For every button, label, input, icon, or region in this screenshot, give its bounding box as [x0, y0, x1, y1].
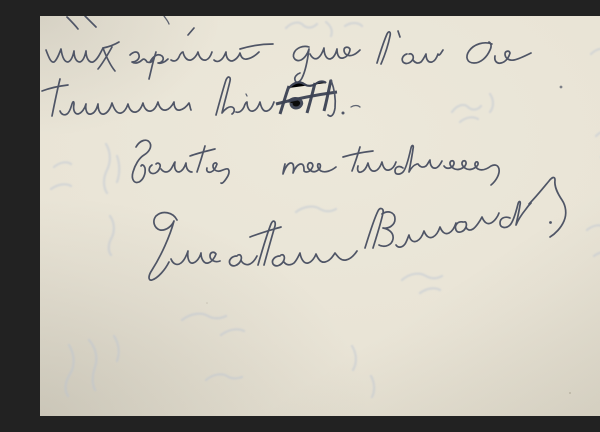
stray-ink-dot: [560, 86, 563, 89]
handwritten-letter-photo: veux espérer que l'on se trouvera bientô…: [40, 16, 600, 416]
i-dot: [246, 94, 247, 96]
paper-speck: [206, 302, 208, 304]
paper: [40, 16, 600, 416]
flourish-dot: [549, 221, 552, 224]
period-dot: [342, 112, 345, 115]
paper-shade-bottom-right: [40, 16, 600, 416]
paper-speck: [569, 392, 571, 394]
letter-artwork: [40, 16, 600, 416]
